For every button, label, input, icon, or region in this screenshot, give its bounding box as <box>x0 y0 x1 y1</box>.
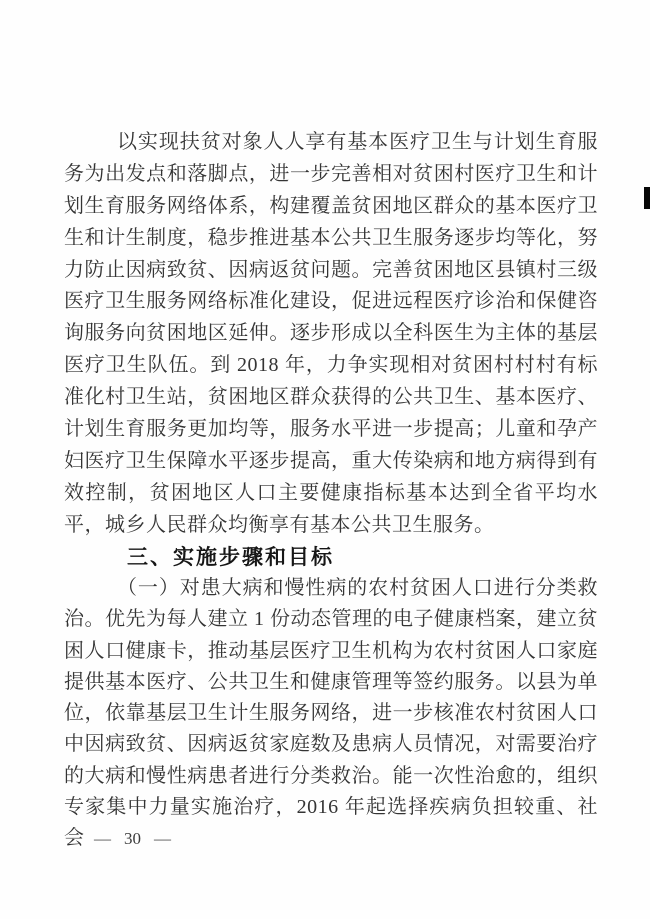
footer-dash-left: — <box>94 829 111 849</box>
text-line: 平，城乡人民群众均衡享有基本公共卫生服务。 <box>64 510 598 542</box>
text-line: 位，依靠基层卫生计生服务网络，进一步核准农村贫困人口 <box>64 698 598 729</box>
text-line: 的大病和慢性病患者进行分类救治。能一次性治愈的，组织 <box>64 761 598 792</box>
text-line: 妇医疗卫生保障水平逐步提高，重大传染病和地方病得到有 <box>64 446 598 478</box>
text-line: 提供基本医疗、公共卫生和健康管理等签约服务。以县为单 <box>64 667 598 698</box>
paragraph-medical-health-goals: 以实现扶贫对象人人享有基本医疗卫生与计划生育服 务为出发点和落脚点，进一步完善相… <box>64 127 598 542</box>
page-number-footer: — 30 — <box>94 829 171 849</box>
text-line: 准化村卫生站，贫困地区群众获得的公共卫生、基本医疗、 <box>64 382 598 414</box>
text-line: 生和计生制度，稳步推进基本公共卫生服务逐步均等化，努 <box>64 223 598 255</box>
text-line: 治。优先为每人建立 1 份动态管理的电子健康档案，建立贫 <box>64 604 598 635</box>
text-line: 力防止因病致贫、因病返贫问题。完善贫困地区县镇村三级 <box>64 255 598 287</box>
text-line: 计划生育服务更加均等，服务水平进一步提高；儿童和孕产 <box>64 414 598 446</box>
scanned-document-page: 以实现扶贫对象人人享有基本医疗卫生与计划生育服 务为出发点和落脚点，进一步完善相… <box>0 0 650 919</box>
text-line: 划生育服务网络体系，构建覆盖贫困地区群众的基本医疗卫 <box>64 191 598 223</box>
text-line: （一）对患大病和慢性病的农村贫困人口进行分类救 <box>64 573 598 604</box>
footer-dash-right: — <box>154 829 171 849</box>
text-line: 医疗卫生队伍。到 2018 年，力争实现相对贫困村村村有标 <box>64 350 598 382</box>
text-line: 专家集中力量实施治疗，2016 年起选择疾病负担较重、社会 <box>64 792 598 823</box>
scan-artifact-mark <box>644 187 650 209</box>
section-heading: 三、实施步骤和目标 <box>127 542 334 573</box>
page-number: 30 <box>124 829 141 849</box>
text-line: 务为出发点和落脚点，进一步完善相对贫困村医疗卫生和计 <box>64 159 598 191</box>
text-line: 询服务向贫困地区延伸。逐步形成以全科医生为主体的基层 <box>64 318 598 350</box>
text-line: 以实现扶贫对象人人享有基本医疗卫生与计划生育服 <box>64 127 598 159</box>
text-line: 医疗卫生服务网络标准化建设，促进远程医疗诊治和保健咨 <box>64 286 598 318</box>
paragraph-classified-treatment: （一）对患大病和慢性病的农村贫困人口进行分类救 治。优先为每人建立 1 份动态管… <box>64 573 598 823</box>
text-line: 中因病致贫、因病返贫家庭数及患病人员情况，对需要治疗 <box>64 729 598 760</box>
text-line: 困人口健康卡，推动基层医疗卫生机构为农村贫困人口家庭 <box>64 636 598 667</box>
text-line: 效控制，贫困地区人口主要健康指标基本达到全省平均水 <box>64 478 598 510</box>
